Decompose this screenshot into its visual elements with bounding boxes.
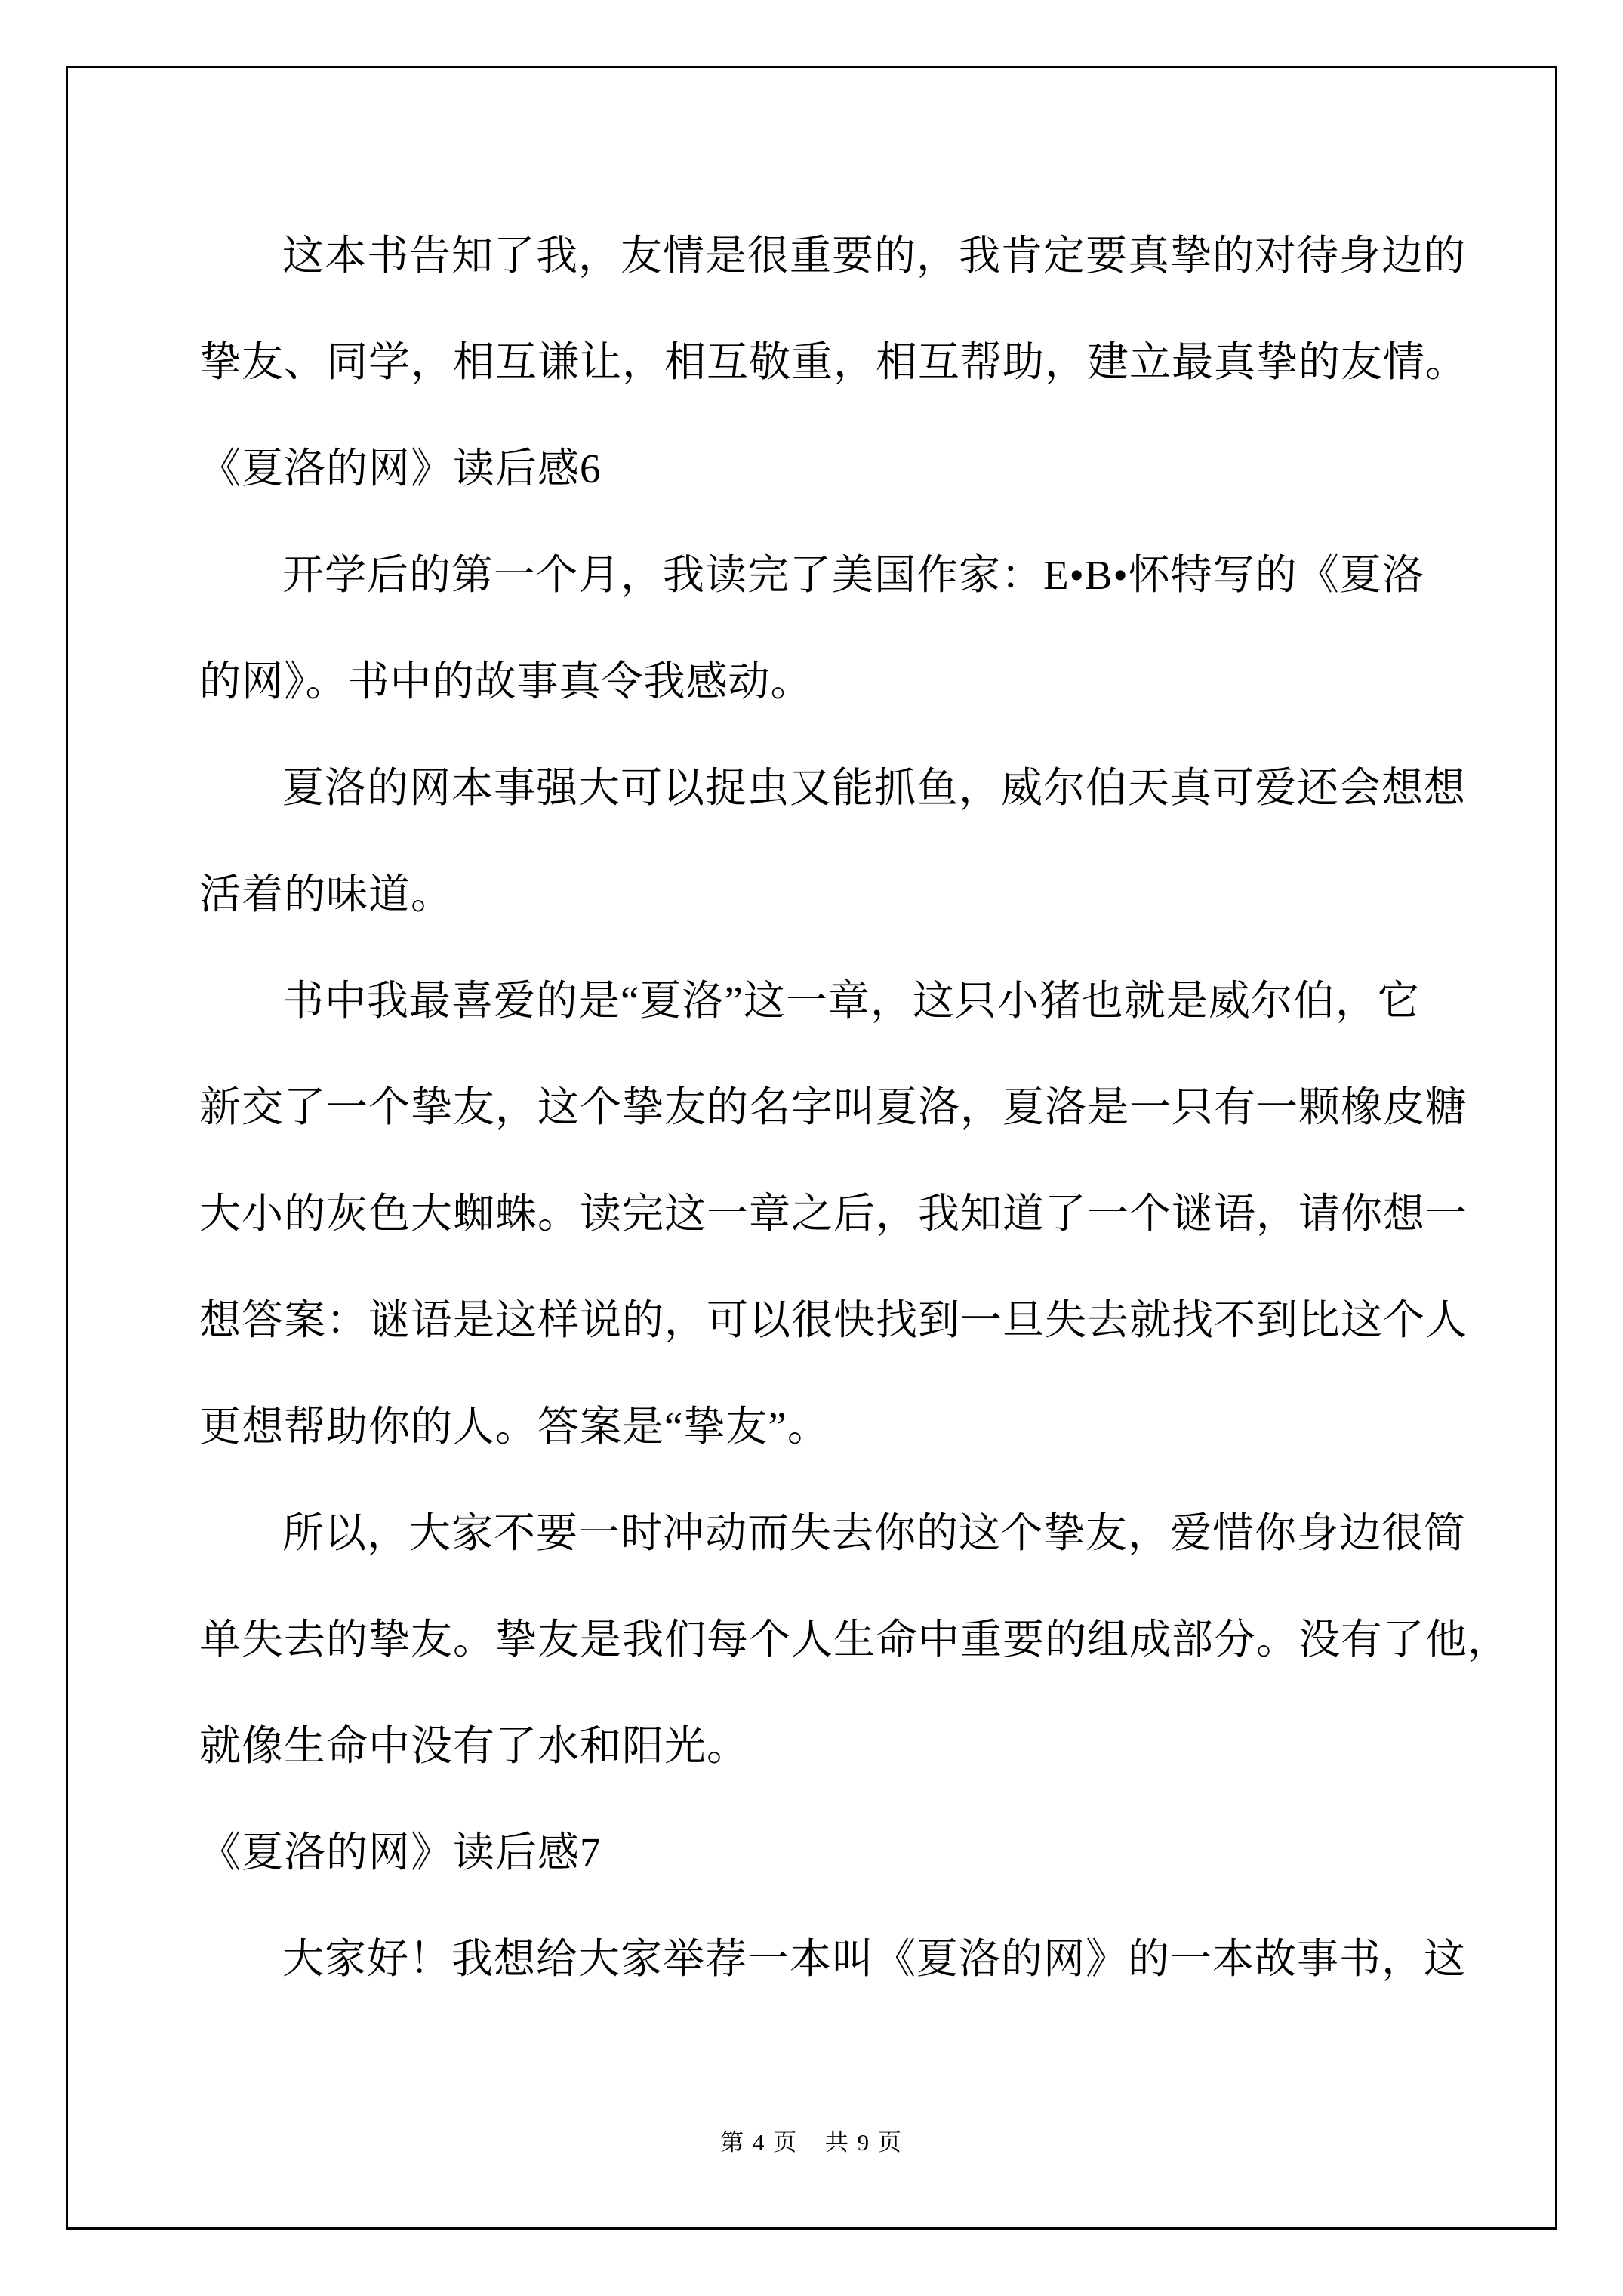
text-line: 开学后的第一个月，我读完了美国作家：E•B•怀特写的《夏洛 — [199, 522, 1513, 628]
document-body: 这本书告知了我，友情是很重要的，我肯定要真挚的对待身边的挚友、同学，相互谦让，相… — [199, 202, 1513, 2012]
section-heading: 《夏洛的网》读后感7 — [199, 1799, 1513, 1906]
text-line: 活着的味道。 — [199, 841, 1513, 948]
text-line: 大小的灰色大蜘蛛。读完这一章之后，我知道了一个谜语，请你想一 — [199, 1160, 1513, 1267]
page-number-total: 共 9 页 — [825, 2129, 903, 2156]
text-line: 这本书告知了我，友情是很重要的，我肯定要真挚的对待身边的 — [199, 202, 1513, 309]
text-line: 的网》。书中的故事真令我感动。 — [199, 628, 1513, 735]
page-number-current: 第 4 页 — [720, 2129, 798, 2156]
text-line: 所以，大家不要一时冲动而失去你的这个挚友，爱惜你身边很简 — [199, 1480, 1513, 1586]
section-heading: 《夏洛的网》读后感6 — [199, 415, 1513, 522]
text-line: 就像生命中没有了水和阳光。 — [199, 1693, 1513, 1799]
text-line: 单失去的挚友。挚友是我们每个人生命中重要的组成部分。没有了他， — [199, 1586, 1513, 1693]
page-footer: 第 4 页 共 9 页 — [0, 2123, 1623, 2157]
text-line: 书中我最喜爱的是“夏洛”这一章，这只小猪也就是威尔伯，它 — [199, 948, 1513, 1054]
text-line: 挚友、同学，相互谦让，相互敬重，相互帮助，建立最真挚的友情。 — [199, 309, 1513, 415]
text-line: 更想帮助你的人。答案是“挚友”。 — [199, 1373, 1513, 1480]
text-line: 新交了一个挚友，这个挚友的名字叫夏洛，夏洛是一只有一颗橡皮糖 — [199, 1054, 1513, 1160]
text-line: 夏洛的网本事强大可以捉虫又能抓鱼，威尔伯天真可爱还会想想 — [199, 735, 1513, 841]
text-line: 想答案：谜语是这样说的，可以很快找到一旦失去就找不到比这个人 — [199, 1267, 1513, 1373]
text-line: 大家好！我想给大家举荐一本叫《夏洛的网》的一本故事书，这 — [199, 1906, 1513, 2012]
